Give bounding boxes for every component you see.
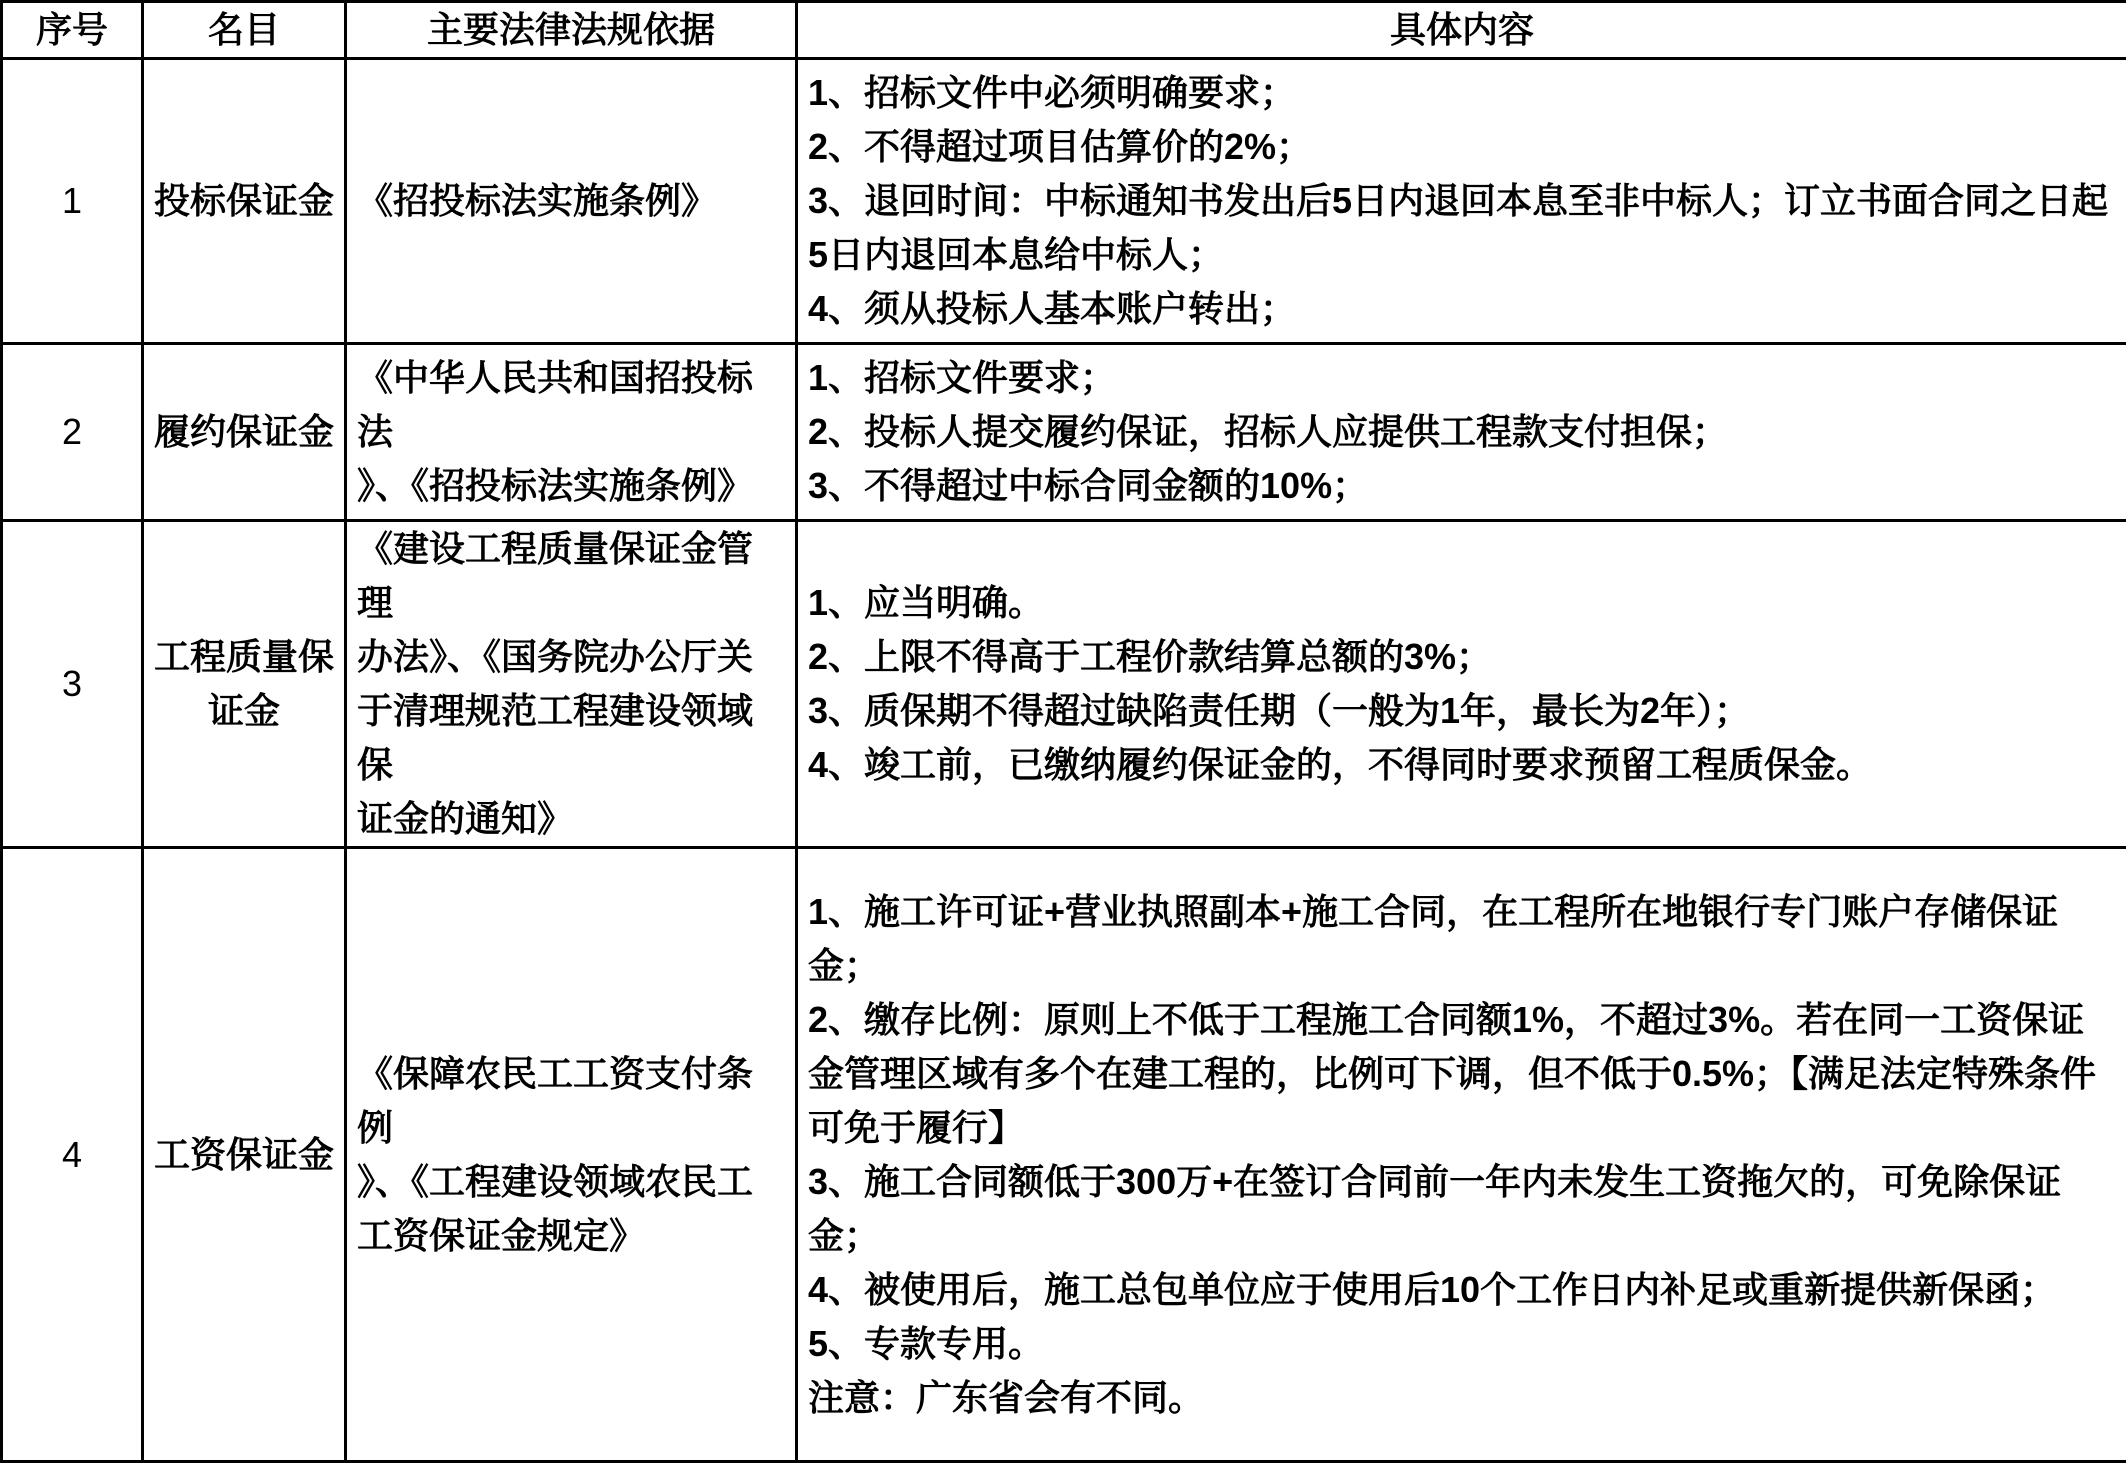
regulation-table: 序号 名目 主要法律法规依据 具体内容 1 投标保证金 《招投标法实施条例》 1… (0, 0, 2126, 1463)
cell-details: 1、招标文件中必须明确要求；2、不得超过项目估算价的2%；3、退回时间：中标通知… (797, 59, 2126, 344)
detail-item: 3、不得超过中标合同金额的10%； (808, 459, 2112, 513)
detail-item: 1、招标文件中必须明确要求； (808, 66, 2112, 120)
cell-legal-basis: 《建设工程质量保证金管理 办法》、《国务院办公厅关 于清理规范工程建设领域保 证… (346, 521, 797, 848)
detail-item: 2、缴存比例：原则上不低于工程施工合同额1%，不超过3%。若在同一工资保证金管理… (808, 993, 2112, 1155)
table-row: 2 履约保证金 《中华人民共和国招投标法 》、《招投标法实施条例》 1、招标文件… (2, 344, 2126, 521)
cell-no: 2 (2, 344, 143, 521)
cell-details: 1、应当明确。2、上限不得高于工程价款结算总额的3%；3、质保期不得超过缺陷责任… (797, 521, 2126, 848)
detail-item: 1、应当明确。 (808, 576, 2112, 630)
detail-item: 3、质保期不得超过缺陷责任期（一般为1年，最长为2年）； (808, 684, 2112, 738)
detail-item: 1、招标文件要求； (808, 351, 2112, 405)
detail-item: 2、不得超过项目估算价的2%； (808, 120, 2112, 174)
col-header-details: 具体内容 (797, 2, 2126, 59)
cell-legal-basis: 《保障农民工工资支付条例 》、《工程建设领域农民工 工资保证金规定》 (346, 848, 797, 1462)
table-row: 1 投标保证金 《招投标法实施条例》 1、招标文件中必须明确要求；2、不得超过项… (2, 59, 2126, 344)
cell-details: 1、施工许可证+营业执照副本+施工合同，在工程所在地银行专门账户存储保证金；2、… (797, 848, 2126, 1462)
cell-name: 工程质量保证金 (143, 521, 346, 848)
cell-legal-basis: 《招投标法实施条例》 (346, 59, 797, 344)
detail-item: 2、投标人提交履约保证，招标人应提供工程款支付担保； (808, 405, 2112, 459)
detail-item: 1、施工许可证+营业执照副本+施工合同，在工程所在地银行专门账户存储保证金； (808, 885, 2112, 993)
detail-item: 3、施工合同额低于300万+在签订合同前一年内未发生工资拖欠的，可免除保证金； (808, 1155, 2112, 1263)
detail-item: 4、须从投标人基本账户转出； (808, 282, 2112, 336)
detail-item: 5、专款专用。 (808, 1317, 2112, 1371)
col-header-no: 序号 (2, 2, 143, 59)
detail-item: 4、被使用后，施工总包单位应于使用后10个工作日内补足或重新提供新保函； (808, 1263, 2112, 1317)
cell-details: 1、招标文件要求；2、投标人提交履约保证，招标人应提供工程款支付担保；3、不得超… (797, 344, 2126, 521)
col-header-legal-basis: 主要法律法规依据 (346, 2, 797, 59)
cell-no: 1 (2, 59, 143, 344)
cell-name: 投标保证金 (143, 59, 346, 344)
table-row: 3 工程质量保证金 《建设工程质量保证金管理 办法》、《国务院办公厅关 于清理规… (2, 521, 2126, 848)
cell-name: 履约保证金 (143, 344, 346, 521)
col-header-name: 名目 (143, 2, 346, 59)
cell-name: 工资保证金 (143, 848, 346, 1462)
detail-item: 2、上限不得高于工程价款结算总额的3%； (808, 630, 2112, 684)
detail-item: 3、退回时间：中标通知书发出后5日内退回本息至非中标人；订立书面合同之日起5日内… (808, 174, 2112, 282)
cell-no: 4 (2, 848, 143, 1462)
detail-item: 4、竣工前，已缴纳履约保证金的，不得同时要求预留工程质保金。 (808, 738, 2112, 792)
cell-legal-basis: 《中华人民共和国招投标法 》、《招投标法实施条例》 (346, 344, 797, 521)
cell-no: 3 (2, 521, 143, 848)
table-row: 4 工资保证金 《保障农民工工资支付条例 》、《工程建设领域农民工 工资保证金规… (2, 848, 2126, 1462)
header-row: 序号 名目 主要法律法规依据 具体内容 (2, 2, 2126, 59)
detail-item: 注意：广东省会有不同。 (808, 1371, 2112, 1425)
document-page: 序号 名目 主要法律法规依据 具体内容 1 投标保证金 《招投标法实施条例》 1… (0, 0, 2126, 1427)
